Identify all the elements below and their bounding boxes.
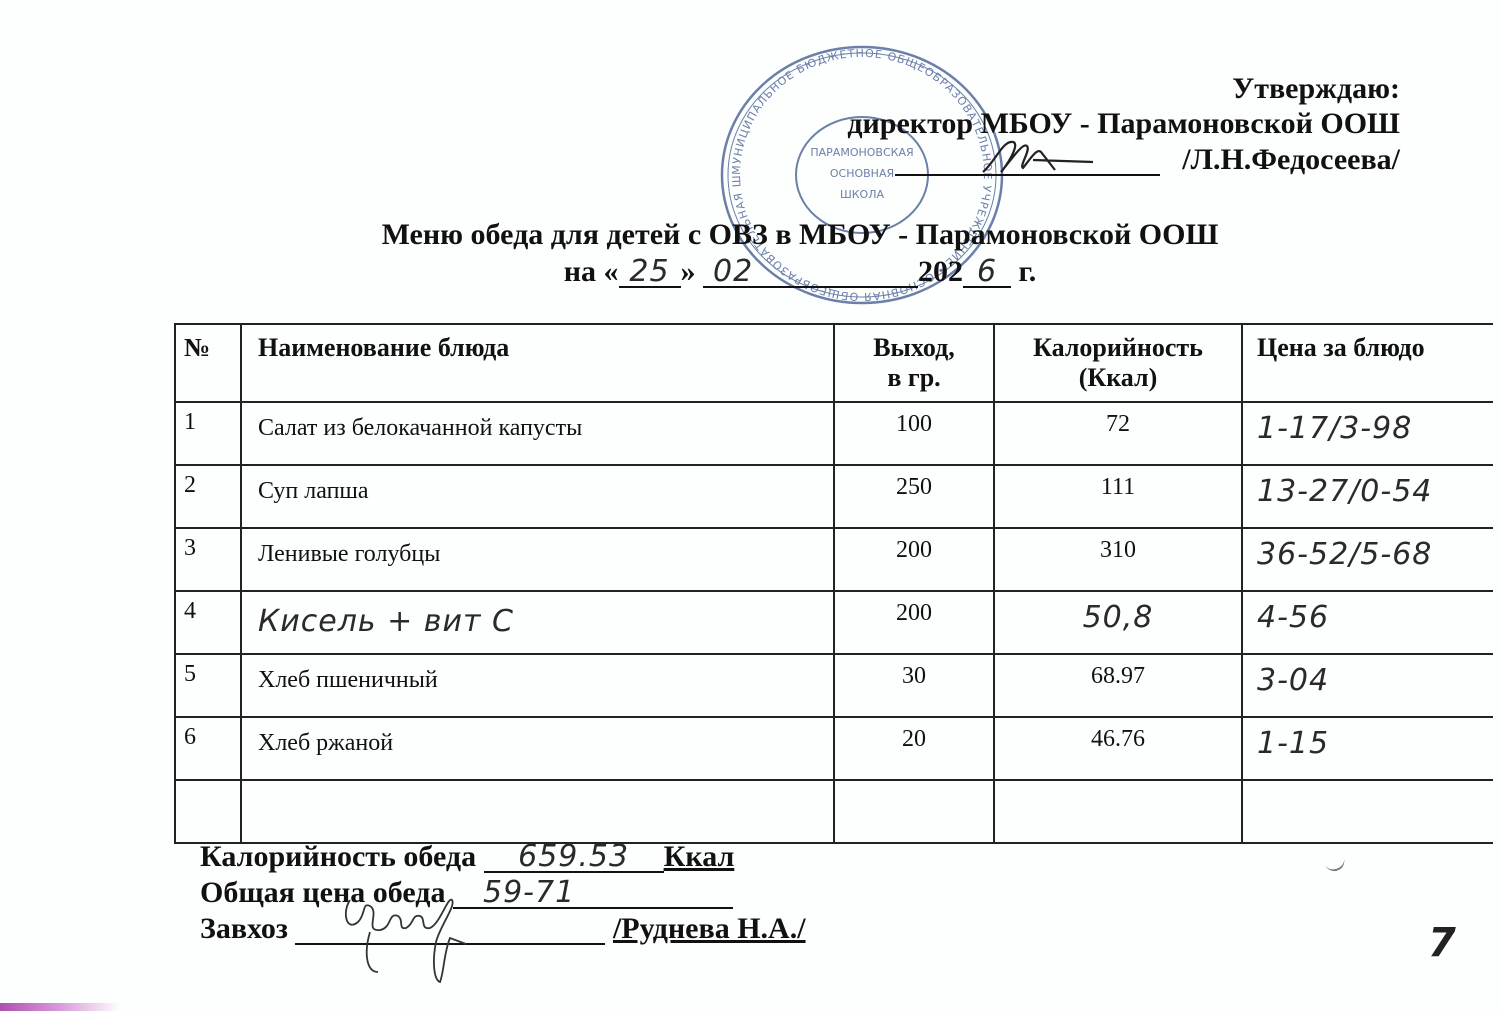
date-year-prefix: 202 (918, 255, 963, 288)
total-calories: Калорийность обеда 659.53Ккал (200, 840, 734, 874)
cell-output: 200 (834, 591, 994, 654)
cell-output: 100 (834, 402, 994, 465)
cell-calories: 50,8 (994, 591, 1242, 654)
cell-price: 13-27/0-54 (1242, 465, 1493, 528)
cell-price: 1-15 (1242, 717, 1493, 780)
cell-name: Суп лапша (241, 465, 834, 528)
approval-title: Утверждаю: (1232, 72, 1400, 106)
cell-num: 5 (175, 654, 241, 717)
header-price: Цена за блюдо (1242, 324, 1493, 402)
header-output: Выход,в гр. (834, 324, 994, 402)
cell-output: 20 (834, 717, 994, 780)
cell-calories (994, 780, 1242, 843)
total-calories-label: Калорийность обеда (200, 840, 476, 873)
page-number: 7 (1428, 920, 1457, 966)
table-row (175, 780, 1493, 843)
cell-calories: 68.97 (994, 654, 1242, 717)
table-row: 1Салат из белокачанной капусты100721-17/… (175, 402, 1493, 465)
table-row: 3Ленивые голубцы20031036-52/5-68 (175, 528, 1493, 591)
stamp-center-line: ШКОЛА (840, 188, 885, 201)
cell-num: 2 (175, 465, 241, 528)
cell-num (175, 780, 241, 843)
header-num: № (175, 324, 241, 402)
storekeeper-name: /Руднева Н.А./ (613, 912, 806, 945)
cell-calories: 72 (994, 402, 1242, 465)
signature-icon (340, 892, 510, 992)
date-day-field: 25 (619, 258, 681, 288)
total-calories-unit: Ккал (664, 840, 735, 873)
menu-table: № Наименование блюда Выход,в гр. Калорий… (174, 323, 1493, 844)
cell-name (241, 780, 834, 843)
date-month-field: 02 (703, 258, 918, 288)
cell-output: 250 (834, 465, 994, 528)
cell-price: 4-56 (1242, 591, 1493, 654)
cell-num: 3 (175, 528, 241, 591)
cell-num: 1 (175, 402, 241, 465)
cell-output (834, 780, 994, 843)
table-row: 2Суп лапша25011113-27/0-54 (175, 465, 1493, 528)
date-mid: » (681, 255, 696, 288)
cell-name: Хлеб ржаной (241, 717, 834, 780)
cell-name: Ленивые голубцы (241, 528, 834, 591)
document-date: на «25» 022026 г. (0, 255, 1500, 289)
stamp-center-line: ПАРАМОНОВСКАЯ (810, 146, 913, 159)
cell-num: 4 (175, 591, 241, 654)
header-name: Наименование блюда (241, 324, 834, 402)
date-suffix: г. (1019, 255, 1037, 288)
table-header-row: № Наименование блюда Выход,в гр. Калорий… (175, 324, 1493, 402)
table-row: 6Хлеб ржаной2046.761-15 (175, 717, 1493, 780)
table-row: 4Кисель + вит С20050,84-56 (175, 591, 1493, 654)
scan-edge-mark (0, 1003, 120, 1011)
cell-name: Хлеб пшеничный (241, 654, 834, 717)
cell-name: Салат из белокачанной капусты (241, 402, 834, 465)
storekeeper-label: Завхоз (200, 912, 288, 945)
cell-price: 1-17/3-98 (1242, 402, 1493, 465)
cell-num: 6 (175, 717, 241, 780)
cell-name: Кисель + вит С (241, 591, 834, 654)
cell-output: 200 (834, 528, 994, 591)
cell-price: 36-52/5-68 (1242, 528, 1493, 591)
document-title: Меню обеда для детей с ОВЗ в МБОУ - Пара… (0, 218, 1500, 252)
pen-mark (1323, 852, 1347, 874)
date-prefix: на « (564, 255, 619, 288)
cell-output: 30 (834, 654, 994, 717)
date-year-field: 6 (963, 258, 1011, 288)
cell-calories: 111 (994, 465, 1242, 528)
director-name: /Л.Н.Федосеева/ (1182, 143, 1400, 177)
approval-role: директор МБОУ - Парамоновской ООШ (847, 107, 1400, 141)
total-calories-field: 659.53 (484, 843, 664, 873)
cell-price (1242, 780, 1493, 843)
header-calories: Калорийность(Ккал) (994, 324, 1242, 402)
cell-calories: 46.76 (994, 717, 1242, 780)
cell-calories: 310 (994, 528, 1242, 591)
table-row: 5Хлеб пшеничный3068.973-04 (175, 654, 1493, 717)
cell-price: 3-04 (1242, 654, 1493, 717)
signature-icon (975, 132, 1095, 180)
stamp-center-line: ОСНОВНАЯ (830, 167, 894, 180)
